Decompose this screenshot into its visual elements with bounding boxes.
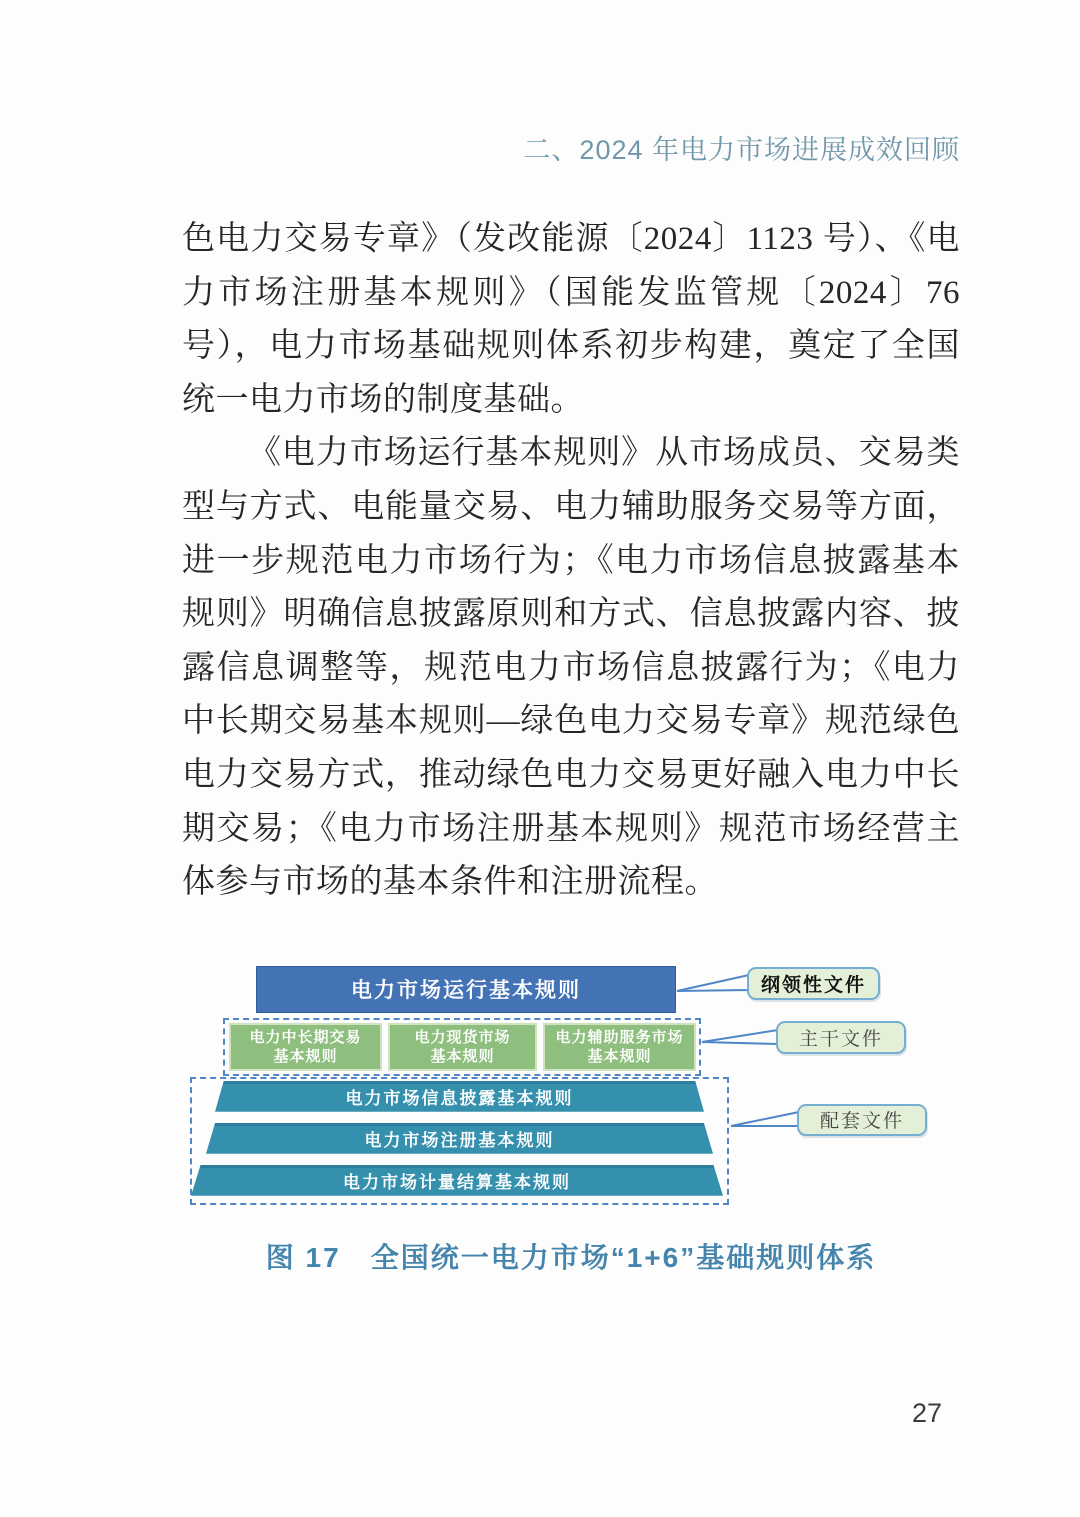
page-content: 二、2024 年电力市场进展成效回顾 色电力交易专章》（发改能源〔2024〕11…	[182, 0, 960, 1276]
trunk-rule-2-line1: 电力现货市场	[414, 1028, 510, 1047]
trunk-rule-box-2: 电力现货市场 基本规则	[388, 1023, 537, 1071]
callout-guiding-document: 纲领性文件	[747, 967, 880, 1000]
support-rule-band-3: 电力市场计量结算基本规则	[191, 1165, 723, 1196]
callout-supporting-document: 配套文件	[797, 1104, 927, 1136]
trunk-rule-1-line1: 电力中长期交易	[249, 1028, 361, 1047]
support-rule-band-2: 电力市场注册基本规则	[206, 1123, 713, 1154]
trunk-rule-3-line2: 基本规则	[587, 1047, 651, 1066]
body-text: 色电力交易专章》（发改能源〔2024〕1123 号）、《电力市场注册基本规则》（…	[182, 213, 960, 910]
figure-caption: 图 17 全国统一电力市场“1+6”基础规则体系	[182, 1236, 960, 1276]
support-rule-band-1: 电力市场信息披露基本规则	[215, 1081, 704, 1112]
paragraph-1: 色电力交易专章》（发改能源〔2024〕1123 号）、《电力市场注册基本规则》（…	[182, 213, 960, 427]
top-rule-box: 电力市场运行基本规则	[256, 966, 676, 1013]
document-page: 二、2024 年电力市场进展成效回顾 色电力交易专章》（发改能源〔2024〕11…	[0, 0, 1080, 1517]
figure-diagram: 电力市场运行基本规则 电力中长期交易 基本规则 电力现货市场 基本规则 电力辅助…	[190, 960, 938, 1212]
callout-trunk-document: 主干文件	[776, 1021, 906, 1054]
trunk-rule-box-3: 电力辅助服务市场 基本规则	[543, 1023, 696, 1071]
running-header: 二、2024 年电力市场进展成效回顾	[182, 128, 960, 167]
trunk-rule-1-line2: 基本规则	[273, 1047, 337, 1066]
page-number: 27	[912, 1398, 942, 1429]
trunk-rule-2-line2: 基本规则	[430, 1047, 494, 1066]
trunk-rule-box-1: 电力中长期交易 基本规则	[229, 1023, 382, 1071]
paragraph-2: 《电力市场运行基本规则》从市场成员、交易类型与方式、电能量交易、电力辅助服务交易…	[182, 427, 960, 909]
trunk-rule-3-line1: 电力辅助服务市场	[555, 1028, 683, 1047]
